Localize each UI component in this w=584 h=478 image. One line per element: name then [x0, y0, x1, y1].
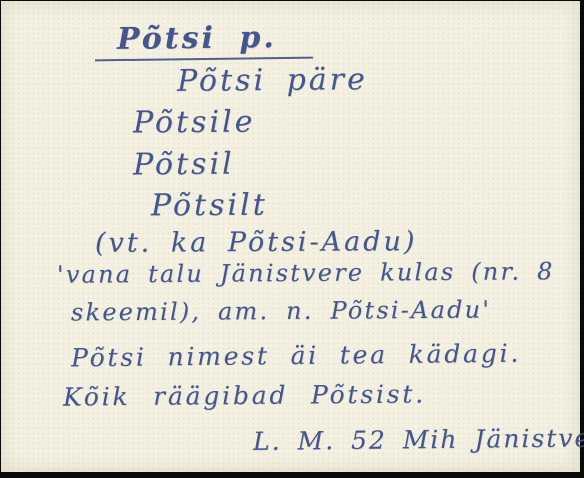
handwritten-line-ablative: Põtsilt — [151, 188, 268, 224]
handwritten-line-reference: (vt. ka Põtsi-Aadu) — [95, 226, 418, 259]
handwritten-line-note-1: 'vana talu Jänistvere kulas (nr. 8 — [57, 257, 555, 288]
title-underline — [95, 57, 313, 62]
index-card: Põtsi p. Põtsi päre Põtsile Põtsil Põtsi… — [1, 1, 580, 472]
handwritten-line-note-3: Põtsi nimest äi tea kädagi. — [71, 339, 521, 373]
handwritten-line-note-4: Kõik räägibad Põtsist. — [63, 379, 426, 411]
card-title: Põtsi p. — [117, 20, 277, 57]
scan-frame: Põtsi p. Põtsi päre Põtsile Põtsil Põtsi… — [0, 0, 584, 478]
handwritten-line-pare: Põtsi päre — [177, 62, 368, 99]
handwritten-line-adessive: Põtsil — [133, 147, 235, 183]
handwritten-line-allative: Põtsile — [133, 105, 256, 141]
handwritten-line-note-2: skeemil), am. n. Põtsi-Aadu' — [71, 296, 491, 327]
collector-signature: L. M. 52 Mih Jänistvere — [253, 423, 584, 456]
